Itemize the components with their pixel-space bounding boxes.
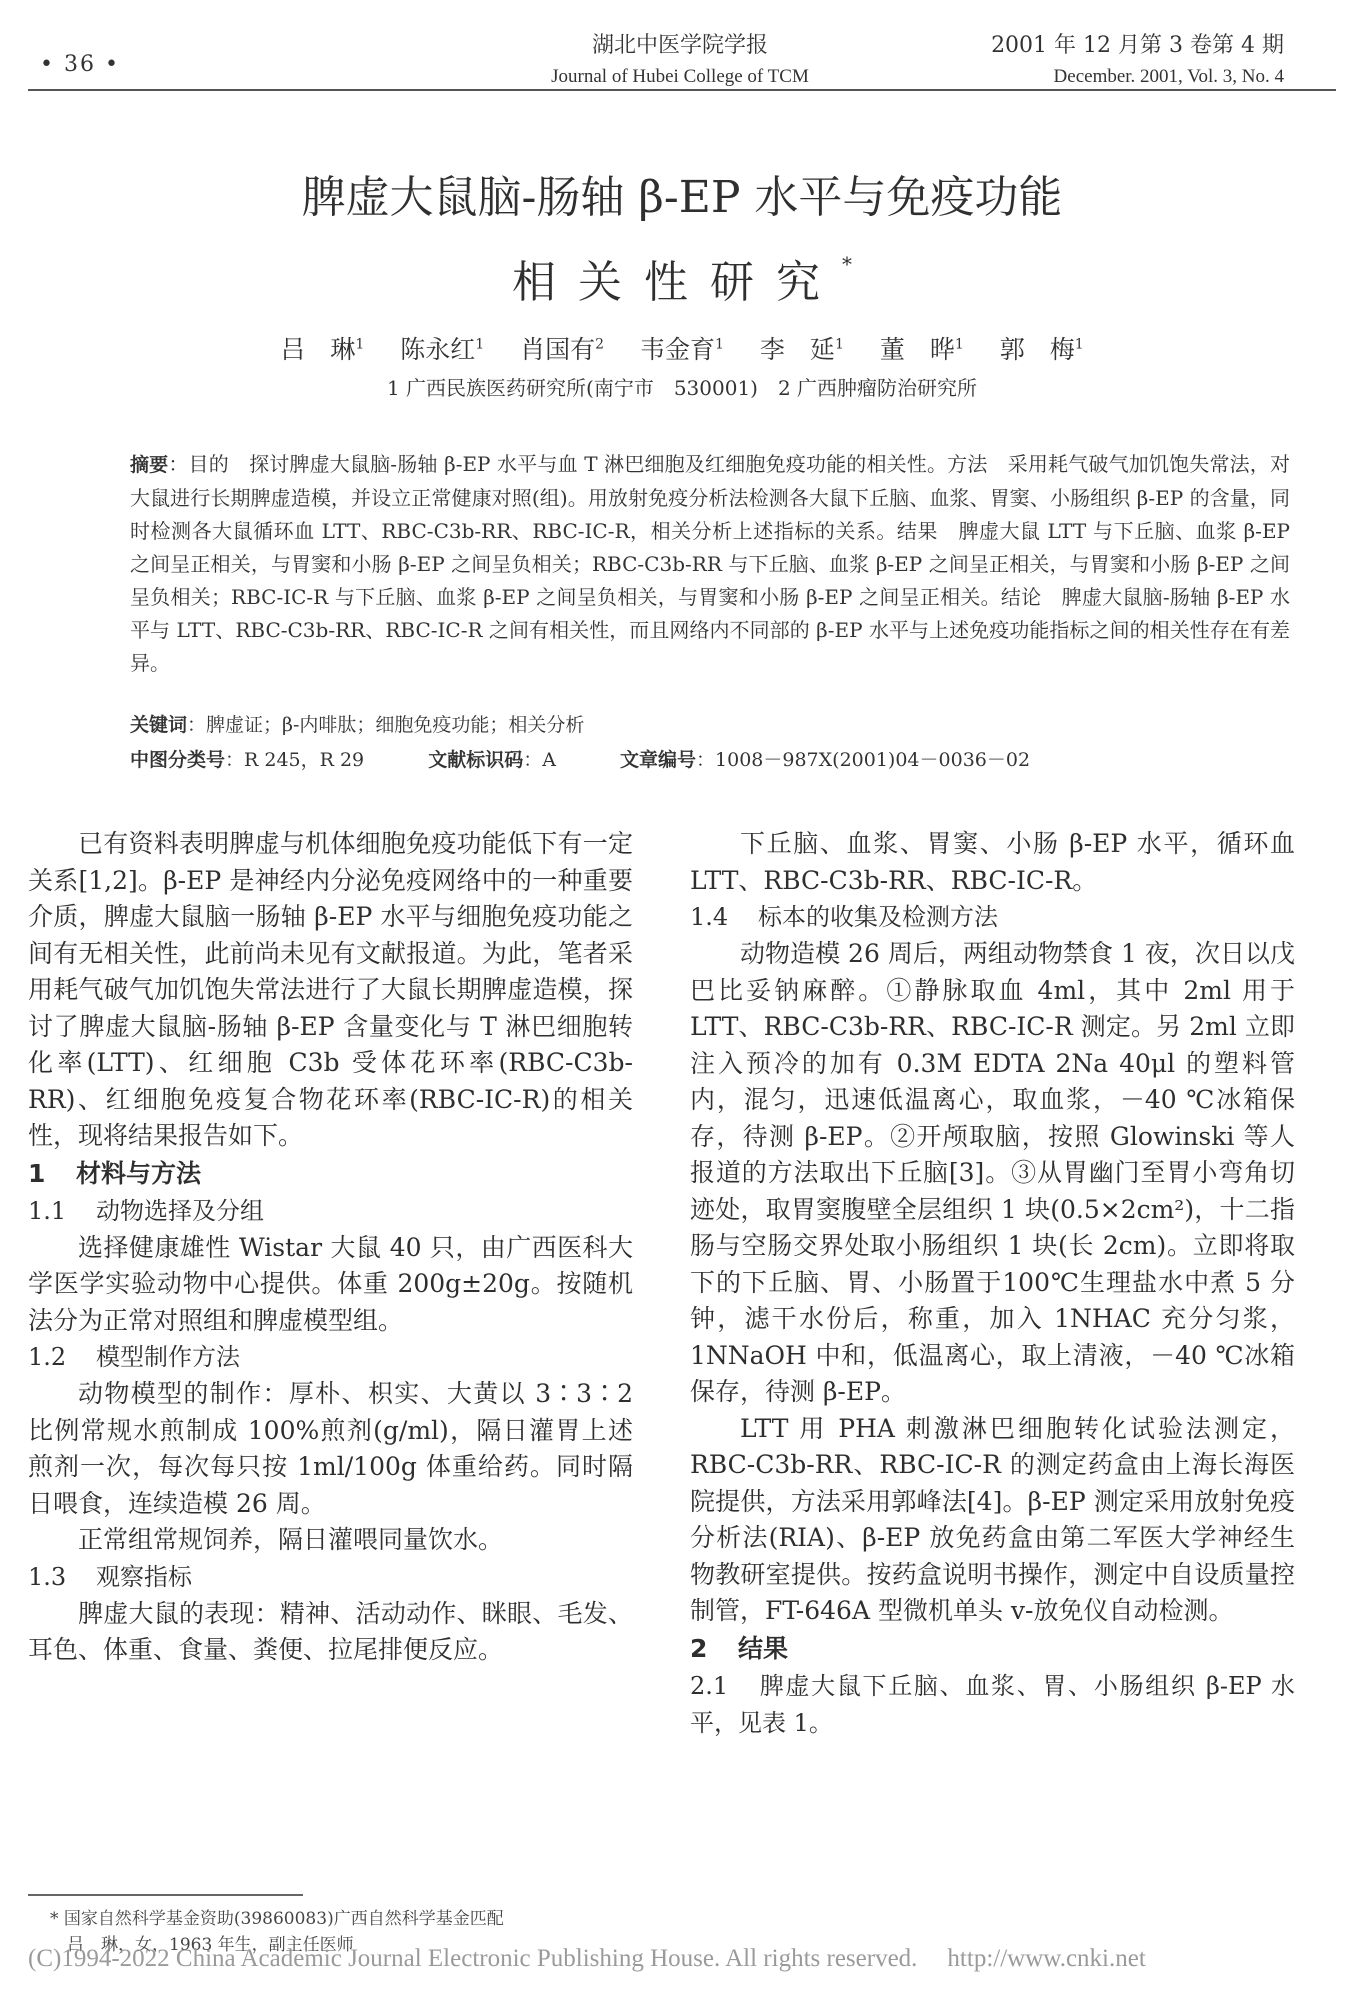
- author-affiliation-mark: 1: [955, 337, 964, 353]
- section-title: 结果: [738, 1634, 788, 1663]
- article-number-label: 文章编号: [620, 749, 696, 771]
- author-affiliation-mark: 1: [475, 337, 484, 353]
- clc-value: ：R 245，R 29: [225, 749, 364, 771]
- document-code: 文献标识码：A: [428, 749, 556, 771]
- journal-name: 湖北中医学院学报 Journal of Hubei College of TCM: [420, 30, 940, 92]
- article-number-value: ：1008－987X(2001)04－0036－02: [696, 749, 1030, 771]
- subsection-title: 观察指标: [96, 1563, 192, 1591]
- author: 陈永红1: [400, 335, 484, 364]
- paragraph: 正常组常规饲养，隔日灌喂同量饮水。: [28, 1522, 633, 1559]
- title-line-1: 脾虚大鼠脑-肠轴 β-EP 水平与免疫功能: [0, 165, 1364, 231]
- funding-note: * 国家自然科学基金资助(39860083)广西自然科学基金匹配: [50, 1906, 504, 1932]
- section-number: 1: [28, 1155, 76, 1193]
- author-name: 李 延: [760, 335, 835, 364]
- paragraph: LTT 用 PHA 刺激淋巴细胞转化试验法测定，RBC-C3b-RR、RBC-I…: [690, 1411, 1295, 1630]
- author-affiliation-mark: 1: [715, 337, 724, 353]
- keywords-text: ：脾虚证；β-内啡肽；细胞免疫功能；相关分析: [187, 714, 584, 736]
- abstract-text: ：目的 探讨脾虚大鼠脑-肠轴 β-EP 水平与血 T 淋巴细胞及红细胞免疫功能的…: [130, 452, 1290, 675]
- subsection-number: 1.4: [690, 899, 758, 936]
- subsection-number: 2.1: [690, 1668, 758, 1705]
- abstract-label: 摘要: [130, 454, 168, 476]
- footnote-divider: [28, 1894, 303, 1896]
- paragraph: 选择健康雄性 Wistar 大鼠 40 只，由广西医科大学医学实验动物中心提供。…: [28, 1230, 633, 1340]
- author-affiliation-mark: 1: [355, 337, 364, 353]
- journal-name-en: Journal of Hubei College of TCM: [420, 62, 940, 92]
- abstract: 摘要：目的 探讨脾虚大鼠脑-肠轴 β-EP 水平与血 T 淋巴细胞及红细胞免疫功…: [130, 448, 1290, 680]
- clc-number: 中图分类号：R 245，R 29: [130, 749, 364, 771]
- author-name: 陈永红: [400, 335, 475, 364]
- paragraph: 脾虚大鼠的表现：精神、活动动作、眯眼、毛发、耳色、体重、食量、粪便、拉尾排便反应…: [28, 1596, 633, 1669]
- copyright-watermark: (C)1994-2022 China Academic Journal Elec…: [28, 1945, 1146, 1973]
- author-affiliation-mark: 2: [595, 337, 604, 353]
- document-code-value: ：A: [523, 749, 556, 771]
- author-name: 郭 梅: [1000, 335, 1075, 364]
- subsection-heading-1-3: 1.3观察指标: [28, 1559, 633, 1596]
- page-number: • 36 •: [40, 52, 120, 77]
- article-number: 文章编号：1008－987X(2001)04－0036－02: [620, 749, 1030, 771]
- issue-info: 2001 年 12 月第 3 卷第 4 期 December. 2001, Vo…: [991, 30, 1284, 92]
- section-heading-2: 2结果: [690, 1630, 1295, 1668]
- subsection-title: 动物选择及分组: [96, 1197, 264, 1225]
- article-title: 脾虚大鼠脑-肠轴 β-EP 水平与免疫功能 相关性研究*: [0, 165, 1364, 316]
- paragraph: 动物造模 26 周后，两组动物禁食 1 夜，次日以戊巴比妥钠麻醉。①静脉取血 4…: [690, 936, 1295, 1411]
- author-name: 韦金育: [640, 335, 715, 364]
- clc-label: 中图分类号: [130, 749, 225, 771]
- author-affiliation-mark: 1: [835, 337, 844, 353]
- header-divider: [28, 89, 1336, 91]
- author: 董 晔1: [880, 335, 964, 364]
- author: 韦金育1: [640, 335, 724, 364]
- author-name: 董 晔: [880, 335, 955, 364]
- author-affiliation-mark: 1: [1075, 337, 1084, 353]
- section-number: 2: [690, 1630, 738, 1668]
- subsection-title: 标本的收集及检测方法: [758, 903, 998, 931]
- subsection-number: 1.1: [28, 1193, 96, 1230]
- section-heading-1: 1材料与方法: [28, 1155, 633, 1193]
- paragraph: 动物模型的制作：厚朴、枳实、大黄以 3∶3∶2 比例常规水煎制成 100%煎剂(…: [28, 1376, 633, 1522]
- keywords-label: 关键词: [130, 714, 187, 736]
- title-line-2: 相关性研究*: [0, 231, 1364, 316]
- keywords: 关键词：脾虚证；β-内啡肽；细胞免疫功能；相关分析: [130, 710, 584, 737]
- classification-line: 中图分类号：R 245，R 29 文献标识码：A 文章编号：1008－987X(…: [130, 745, 1230, 772]
- affiliations: 1 广西民族医药研究所(南宁市 530001) 2 广西肿瘤防治研究所: [0, 372, 1364, 401]
- issue-info-en: December. 2001, Vol. 3, No. 4: [991, 62, 1284, 92]
- author-name: 肖国有: [520, 335, 595, 364]
- subsection-title: 脾虚大鼠下丘脑、血浆、胃、小肠组织 β-EP 水平，见表 1。: [690, 1672, 1295, 1737]
- author: 吕 琳1: [280, 335, 364, 364]
- author: 李 延1: [760, 335, 844, 364]
- subsection-heading-1-4: 1.4标本的收集及检测方法: [690, 899, 1295, 936]
- title-footnote-mark: *: [842, 252, 852, 276]
- document-code-label: 文献标识码: [428, 749, 523, 771]
- subsection-number: 1.2: [28, 1339, 96, 1376]
- subsection-heading-2-1: 2.1脾虚大鼠下丘脑、血浆、胃、小肠组织 β-EP 水平，见表 1。: [690, 1668, 1295, 1742]
- author-list: 吕 琳1 陈永红1 肖国有2 韦金育1 李 延1 董 晔1 郭 梅1: [0, 330, 1364, 366]
- section-title: 材料与方法: [76, 1159, 201, 1188]
- paragraph: 下丘脑、血浆、胃窦、小肠 β-EP 水平，循环血 LTT、RBC-C3b-RR、…: [690, 826, 1295, 899]
- cnki-url[interactable]: http://www.cnki.net: [947, 1945, 1145, 1972]
- subsection-number: 1.3: [28, 1559, 96, 1596]
- issue-info-zh: 2001 年 12 月第 3 卷第 4 期: [991, 30, 1284, 62]
- subsection-title: 模型制作方法: [96, 1343, 240, 1371]
- title-line-2-text: 相关性研究: [512, 257, 842, 308]
- subsection-heading-1-2: 1.2模型制作方法: [28, 1339, 633, 1376]
- journal-name-zh: 湖北中医学院学报: [420, 30, 940, 62]
- body-column-left: 已有资料表明脾虚与机体细胞免疫功能低下有一定关系[1,2]。β-EP 是神经内分…: [28, 826, 633, 1669]
- subsection-heading-1-1: 1.1动物选择及分组: [28, 1193, 633, 1230]
- author: 肖国有2: [520, 335, 604, 364]
- author-name: 吕 琳: [280, 335, 355, 364]
- intro-paragraph: 已有资料表明脾虚与机体细胞免疫功能低下有一定关系[1,2]。β-EP 是神经内分…: [28, 826, 633, 1155]
- author: 郭 梅1: [1000, 335, 1084, 364]
- body-column-right: 下丘脑、血浆、胃窦、小肠 β-EP 水平，循环血 LTT、RBC-C3b-RR、…: [690, 826, 1295, 1742]
- copyright-text: (C)1994-2022 China Academic Journal Elec…: [28, 1945, 917, 1972]
